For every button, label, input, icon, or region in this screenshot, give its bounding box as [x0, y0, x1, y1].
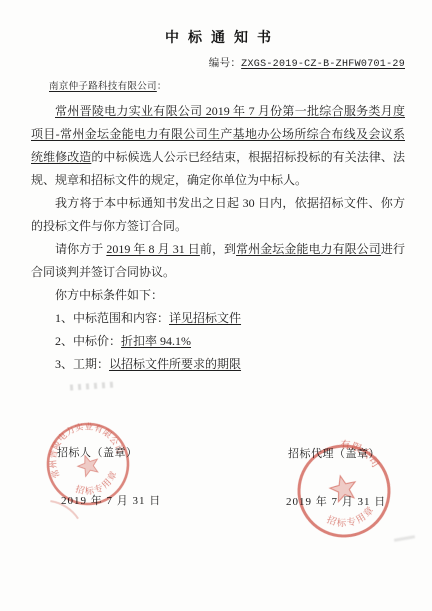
scan-artifact [394, 535, 415, 542]
negotiation-prefix: 请你方于 [55, 242, 106, 256]
condition-item-price: 2、中标价：折扣率 94.1% [31, 330, 405, 353]
document-page: 中标通知书 编号：ZXGS-2019-CZ-B-ZHFW0701-29 南京仲子… [0, 0, 432, 611]
condition-3-label: 3、工期： [55, 357, 109, 371]
negotiation-mid: 前，到 [200, 242, 236, 256]
scan-artifact [70, 381, 117, 390]
recipient-colon: ： [157, 82, 167, 92]
document-body: 常州晋陵电力实业有限公司 2019 年 7 月份第一批综合服务类月度项目-常州金… [31, 100, 405, 376]
condition-item-duration: 3、工期：以招标文件所要求的期限 [31, 353, 405, 376]
bidder-seal-label: 招标人（盖章） [57, 444, 161, 460]
condition-2-label: 2、中标价： [55, 334, 121, 348]
agent-date: 2019 年 7 月 31 日 [286, 493, 386, 509]
bidder-date: 2019 年 7 月 31 日 [61, 492, 161, 508]
conditions-intro-text: 你方中标条件如下： [55, 288, 163, 302]
condition-3-value: 以招标文件所要求的期限 [109, 357, 241, 371]
bidder-signature-block: 招标人（盖章） 2019 年 7 月 31 日 [57, 444, 161, 508]
contract-deadline-text: 我方将于本中标通知书发出之日起 30 日内，依据招标文件、你方的投标文件与你方签… [31, 196, 405, 233]
recipient-line: 南京仲子路科技有限公司： [49, 78, 405, 92]
reference-line: 编号：ZXGS-2019-CZ-B-ZHFW0701-29 [31, 55, 405, 70]
agent-seal-label: 招标代理（盖章） [288, 445, 386, 461]
negotiation-company: 常州金坛金能电力有限公司 [236, 242, 381, 256]
reference-label: 编号： [209, 58, 241, 69]
paragraph-conditions-intro: 你方中标条件如下： [31, 284, 405, 307]
reference-number: ZXGS-2019-CZ-B-ZHFW0701-29 [241, 59, 405, 70]
paragraph-negotiation: 请你方于 2019 年 8 月 31 日前，到常州金坛金能电力有限公司进行合同谈… [31, 238, 405, 284]
condition-1-label: 1、中标范围和内容： [55, 311, 169, 325]
agent-signature-block: 招标代理（盖章） 2019 年 7 月 31 日 [288, 445, 386, 509]
condition-2-value: 折扣率 94.1% [121, 334, 191, 348]
recipient-name: 南京仲子路科技有限公司 [49, 82, 157, 92]
condition-item-scope: 1、中标范围和内容：详见招标文件 [31, 307, 405, 330]
negotiation-date: 2019 年 8 月 31 日 [106, 242, 200, 256]
condition-1-value: 详见招标文件 [169, 311, 241, 325]
paragraph-contract-30days: 我方将于本中标通知书发出之日起 30 日内，依据招标文件、你方的投标文件与你方签… [31, 192, 405, 238]
document-title: 中标通知书 [31, 27, 405, 47]
paragraph-award: 常州晋陵电力实业有限公司 2019 年 7 月份第一批综合服务类月度项目-常州金… [31, 100, 405, 192]
